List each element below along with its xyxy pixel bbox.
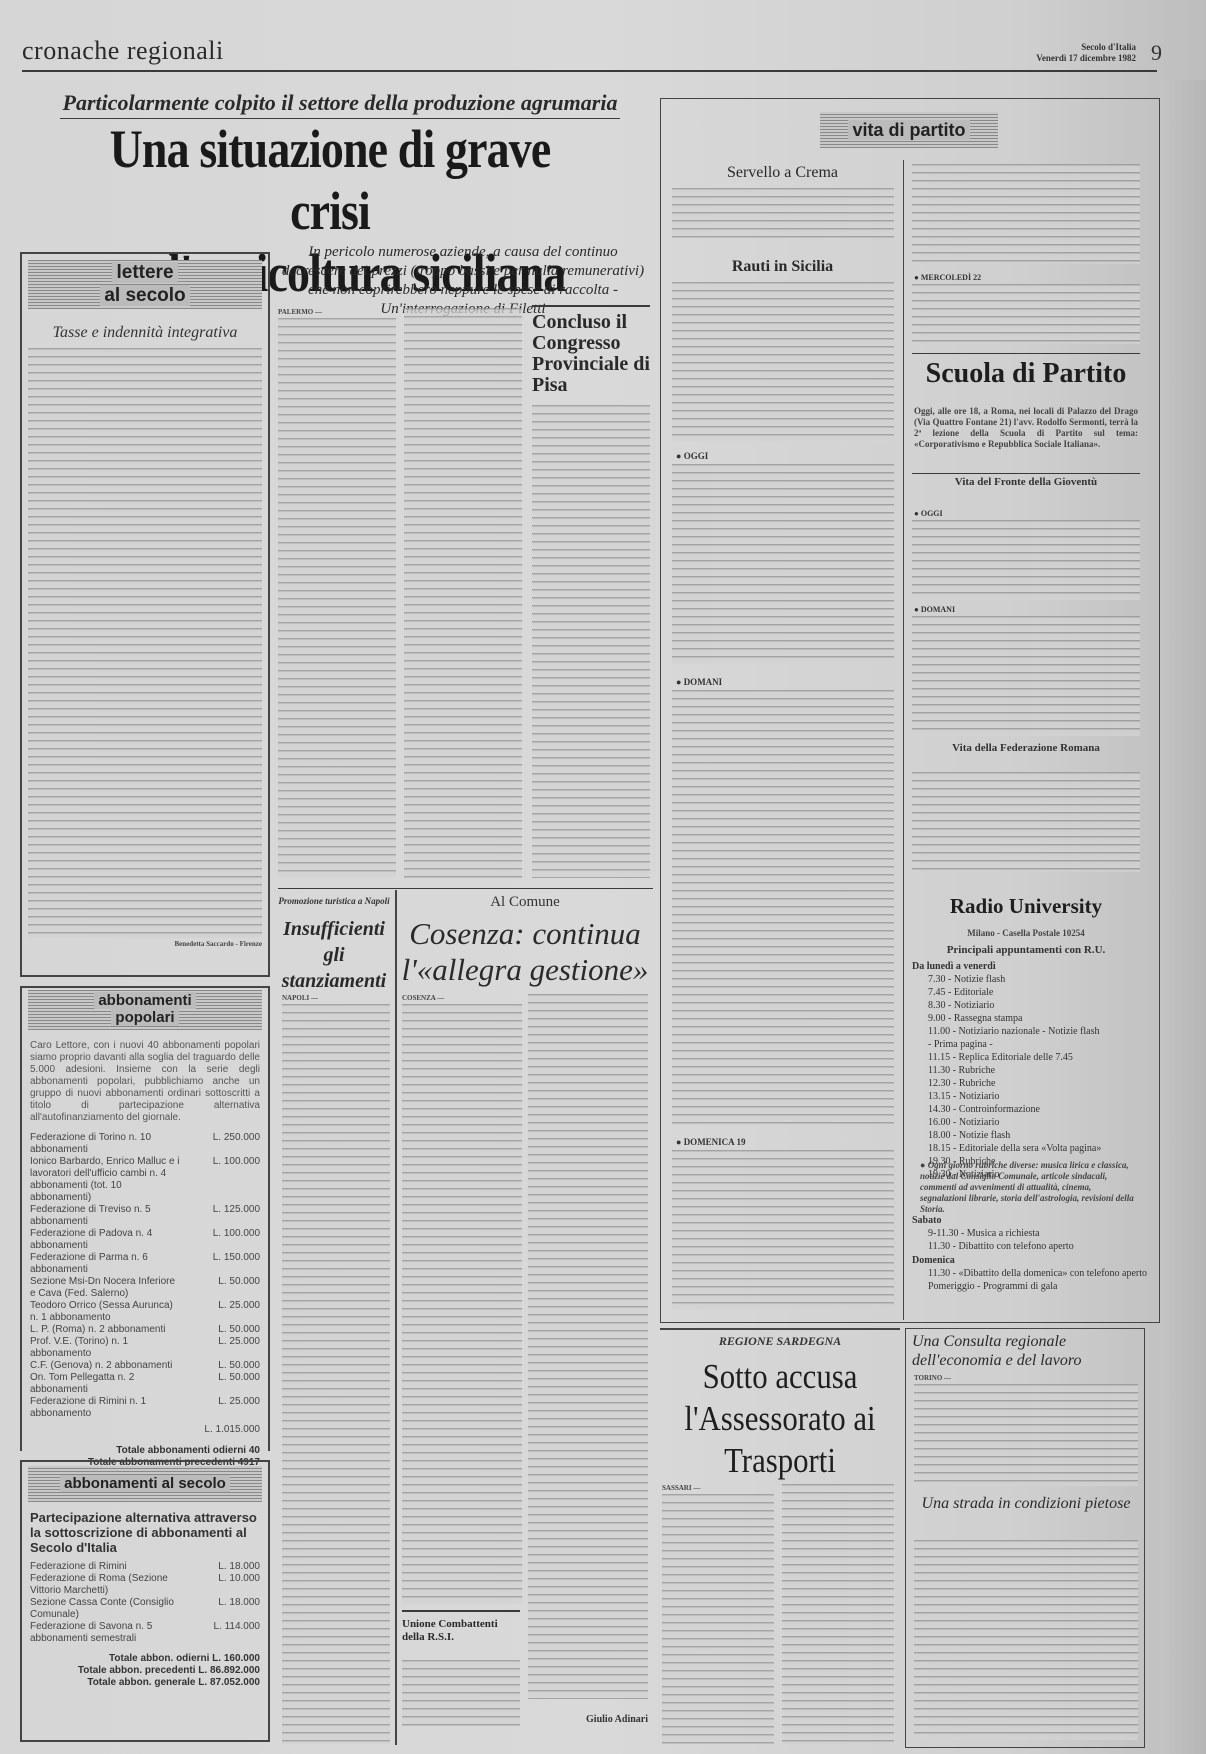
- rauti-headline: Rauti in Sicilia: [670, 258, 895, 276]
- servello-headline: Servello a Crema: [670, 164, 895, 182]
- popolari-row: Prof. V.E. (Torino) n. 1 abbonamentoL. 2…: [30, 1336, 260, 1360]
- cosenza-dateline: COSENZA —: [402, 994, 522, 1002]
- sardegna-column-2: [782, 1484, 894, 1744]
- vita-column-divider: [903, 160, 904, 1320]
- popolari-amount: L. 50.000: [190, 1360, 260, 1372]
- secolo-amount: L. 10.000: [190, 1573, 260, 1597]
- abbonamenti-popolari-box: abbonamenti popolari Caro Lettore, con i…: [20, 986, 270, 1451]
- radio-schedule-item: 11.30 - Rubriche: [928, 1064, 1138, 1077]
- letters-banner: lettere al secolo: [28, 260, 262, 309]
- popolari-total-row: Totale abbonamenti odierni 40: [30, 1445, 260, 1457]
- lead-column-1: [278, 318, 396, 878]
- popolari-list: Federazione di Torino n. 10 abbonamentiL…: [30, 1132, 260, 1420]
- fronte-rule: [912, 473, 1140, 474]
- day-domenica: ● DOMENICA 19: [676, 1136, 745, 1148]
- strada-body: [914, 1540, 1138, 1740]
- letters-banner-line1: lettere: [112, 262, 177, 283]
- secolo-total-row: Totale abbon. generale L. 87.052.000: [30, 1677, 260, 1689]
- right-top-body: [912, 164, 1140, 264]
- secolo-row: Federazione di Savona n. 5 abbonamenti s…: [30, 1621, 260, 1645]
- popolari-amount: L. 100.000: [190, 1156, 260, 1204]
- popolari-label: Federazione di Rimini n. 1 abbonamento: [30, 1396, 180, 1420]
- radio-schedule-item: 16.00 - Notiziario: [928, 1116, 1138, 1129]
- popolari-total: L. 1.015.000: [30, 1424, 260, 1435]
- secolo-banner-label: abbonamenti al secolo: [60, 1475, 230, 1492]
- sardegna-dateline: SASSARI —: [662, 1484, 774, 1492]
- popolari-amount: L. 25.000: [190, 1396, 260, 1420]
- secolo-label: Sezione Cassa Conte (Consiglio Comunale): [30, 1597, 180, 1621]
- lead-column-2: [404, 308, 522, 878]
- popolari-amount: L. 25.000: [190, 1300, 260, 1324]
- secolo-amount: L. 18.000: [190, 1597, 260, 1621]
- right-day-mercoledi: ● MERCOLEDÌ 22: [914, 272, 981, 284]
- popolari-row: Sezione Msi-Dn Nocera Inferiore e Cava (…: [30, 1276, 260, 1300]
- napoli-dateline: NAPOLI —: [282, 994, 390, 1002]
- napoli-kicker: Promozione turistica a Napoli: [278, 896, 390, 906]
- radio-schedule-item: 11.30 - «Dibattito della domenica» con t…: [928, 1267, 1138, 1280]
- column-divider: [395, 890, 397, 1745]
- secolo-row: Federazione di RiminiL. 18.000: [30, 1561, 260, 1573]
- cosenza-column-2: [528, 994, 648, 1699]
- sardegna-column-1: [662, 1494, 774, 1744]
- radio-schedule-item: 7.30 - Notizie flash: [928, 973, 1138, 986]
- domani-body: [672, 690, 894, 1125]
- popolari-label: Ionico Barbardo, Enrico Malluc e i lavor…: [30, 1156, 180, 1204]
- newspaper-page: cronache regionali Secolo d'Italia Vener…: [0, 0, 1206, 1754]
- servello-body: [672, 188, 894, 238]
- popolari-label: On. Tom Pellegatta n. 2 abbonamenti: [30, 1372, 180, 1396]
- popolari-label: Federazione di Treviso n. 5 abbonamenti: [30, 1204, 180, 1228]
- secolo-row: Federazione di Roma (Sezione Vittorio Ma…: [30, 1573, 260, 1597]
- cosenza-headline: Cosenza: continua l'«allegra gestione»: [400, 916, 650, 988]
- strada-headline: Una strada in condizioni pietose: [912, 1494, 1140, 1513]
- radio-schedule-item: 9-11.30 - Musica a richiesta: [928, 1227, 1138, 1240]
- federazione-body: [912, 772, 1140, 872]
- radio-schedule-item: 7.45 - Editoriale: [928, 986, 1138, 999]
- abbonamenti-secolo-box: abbonamenti al secolo Partecipazione alt…: [20, 1460, 270, 1742]
- secolo-label: Federazione di Roma (Sezione Vittorio Ma…: [30, 1573, 180, 1597]
- popolari-row: C.F. (Genova) n. 2 abbonamentiL. 50.000: [30, 1360, 260, 1372]
- consulta-dateline: TORINO —: [914, 1374, 1138, 1382]
- radio-schedule-item: 13.15 - Notiziario: [928, 1090, 1138, 1103]
- radio-headline: Radio University: [912, 894, 1140, 919]
- fronte-domani-body: [912, 616, 1140, 736]
- secolo-total-row: Totale abbon. precedenti L. 86.892.000: [30, 1665, 260, 1677]
- radio-schedule-item: 11.15 - Replica Editoriale delle 7.45: [928, 1051, 1138, 1064]
- right-mercoledi-body: [912, 284, 1140, 344]
- scuola-text: Oggi, alle ore 18, a Roma, nei locali di…: [914, 406, 1138, 450]
- secolo-amount: L. 18.000: [190, 1561, 260, 1573]
- fronte-oggi-body: [912, 520, 1140, 600]
- sardegna-rule: [660, 1328, 900, 1330]
- page-number: 9: [1151, 40, 1162, 66]
- vita-banner-label: vita di partito: [848, 120, 969, 140]
- popolari-label: Federazione di Padova n. 4 abbonamenti: [30, 1228, 180, 1252]
- page-gutter: [1160, 80, 1206, 1754]
- secolo-total-row: Totale abbon. odierni L. 160.000: [30, 1653, 260, 1665]
- letters-title: Tasse e indennità integrativa: [52, 323, 238, 342]
- letters-box: lettere al secolo Tasse e indennità inte…: [20, 252, 270, 977]
- consulta-body: [914, 1384, 1138, 1486]
- consulta-headline: Una Consulta regionale dell'economia e d…: [912, 1332, 1140, 1370]
- popolari-amount: L. 125.000: [190, 1204, 260, 1228]
- secolo-intro: Partecipazione alternativa attraverso la…: [30, 1510, 260, 1555]
- letters-body: [28, 348, 262, 938]
- popolari-intro: Caro Lettore, con i nuovi 40 abbonamenti…: [30, 1040, 260, 1124]
- oggi-body: [672, 464, 894, 664]
- popolari-row: Federazione di Torino n. 10 abbonamentiL…: [30, 1132, 260, 1156]
- letters-signature: Benedetta Saccardo - Firenze: [28, 940, 262, 948]
- sardegna-headline: Sotto accusa l'Assessorato ai Trasporti: [679, 1356, 881, 1482]
- unione-headline: Unione Combattenti della R.S.I.: [402, 1618, 520, 1644]
- radio-note: ● Ogni giorno rubriche diverse: musica l…: [920, 1160, 1138, 1215]
- napoli-body: [282, 1004, 390, 1744]
- popolari-label: Sezione Msi-Dn Nocera Inferiore e Cava (…: [30, 1276, 180, 1300]
- scuola-headline: Scuola di Partito: [912, 358, 1140, 390]
- popolari-label: Teodoro Orrico (Sessa Aurunca) n. 1 abbo…: [30, 1300, 180, 1324]
- popolari-row: Ionico Barbardo, Enrico Malluc e i lavor…: [30, 1156, 260, 1204]
- lead-headline-line1: Una situazione di grave crisi: [75, 118, 585, 242]
- vita-banner: vita di partito: [820, 112, 998, 148]
- popolari-banner-line2: popolari: [111, 1009, 178, 1026]
- secolo-list: Federazione di RiminiL. 18.000Federazion…: [30, 1561, 260, 1645]
- radio-weekday-label: Da lunedì a venerdì: [912, 960, 996, 973]
- masthead-info: Secolo d'Italia Venerdì 17 dicembre 1982: [1036, 42, 1136, 64]
- popolari-row: On. Tom Pellegatta n. 2 abbonamentiL. 50…: [30, 1372, 260, 1396]
- cosenza-column-1: [402, 1004, 522, 1604]
- radio-saturday-schedule: 9-11.30 - Musica a richiesta11.30 - Diba…: [928, 1227, 1138, 1253]
- radio-schedule-item: 12.30 - Rubriche: [928, 1077, 1138, 1090]
- radio-subtitle: Milano - Casella Postale 10254: [912, 928, 1140, 938]
- radio-schedule-item: 11.30 - Dibattito con telefono aperto: [928, 1240, 1138, 1253]
- popolari-amount: L. 100.000: [190, 1228, 260, 1252]
- letters-banner-line2: al secolo: [100, 285, 189, 306]
- pisa-headline: Concluso il Congresso Provinciale di Pis…: [532, 312, 650, 396]
- secolo-label: Federazione di Rimini: [30, 1561, 180, 1573]
- napoli-headline: Insufficienti gli stanziamenti: [278, 916, 390, 994]
- popolari-row: Federazione di Treviso n. 5 abbonamentiL…: [30, 1204, 260, 1228]
- radio-schedule-item: 8.30 - Notiziario: [928, 999, 1138, 1012]
- napoli-rule: [278, 888, 653, 889]
- popolari-amount: L. 50.000: [190, 1276, 260, 1300]
- unione-body: [402, 1660, 520, 1726]
- secolo-banner: abbonamenti al secolo: [28, 1466, 262, 1502]
- fronte-title: Vita del Fronte della Gioventù: [912, 476, 1140, 489]
- fronte-day-oggi: ● OGGI: [914, 508, 943, 520]
- popolari-banner-line1: abbonamenti: [94, 992, 195, 1009]
- radio-schedule-item: - Prima pagina -: [928, 1038, 1138, 1051]
- federazione-title: Vita della Federazione Romana: [912, 742, 1140, 755]
- domenica-body: [672, 1150, 894, 1310]
- popolari-row: L. P. (Roma) n. 2 abbonamentiL. 50.000: [30, 1324, 260, 1336]
- rauti-body: [672, 282, 894, 442]
- popolari-banner: abbonamenti popolari: [28, 990, 262, 1030]
- sardegna-kicker: REGIONE SARDEGNA: [660, 1334, 900, 1349]
- radio-sunday-schedule: 11.30 - «Dibattito della domenica» con t…: [928, 1267, 1138, 1293]
- lead-kicker: Particolarmente colpito il settore della…: [60, 90, 620, 116]
- unione-rule: [402, 1610, 520, 1612]
- fronte-day-domani: ● DOMANI: [914, 604, 955, 616]
- popolari-amount: L. 250.000: [190, 1132, 260, 1156]
- masthead-rule: [22, 70, 1157, 72]
- cosenza-signature: Giulio Adinari: [528, 1714, 648, 1725]
- cosenza-kicker: Al Comune: [400, 894, 650, 911]
- secolo-totals: Totale abbon. odierni L. 160.000Totale a…: [30, 1653, 260, 1689]
- radio-weekday-schedule: 7.30 - Notizie flash7.45 - Editoriale8.3…: [928, 973, 1138, 1181]
- secolo-row: Sezione Cassa Conte (Consiglio Comunale)…: [30, 1597, 260, 1621]
- popolari-row: Teodoro Orrico (Sessa Aurunca) n. 1 abbo…: [30, 1300, 260, 1324]
- radio-schedule-item: 9.00 - Rassegna stampa: [928, 1012, 1138, 1025]
- popolari-label: L. P. (Roma) n. 2 abbonamenti: [30, 1324, 180, 1336]
- radio-sunday-label: Domenica: [912, 1254, 955, 1267]
- radio-schedule-item: 11.00 - Notiziario nazionale - Notizie f…: [928, 1025, 1138, 1038]
- radio-schedule-item: 14.30 - Controinformazione: [928, 1103, 1138, 1116]
- section-name: cronache regionali: [22, 36, 224, 66]
- popolari-label: C.F. (Genova) n. 2 abbonamenti: [30, 1360, 180, 1372]
- popolari-amount: L. 50.000: [190, 1372, 260, 1396]
- day-domani: ● DOMANI: [676, 676, 722, 688]
- radio-intro: Principali appuntamenti con R.U.: [912, 944, 1140, 956]
- radio-saturday-label: Sabato: [912, 1214, 941, 1227]
- radio-schedule-item: 18.15 - Editoriale della sera «Volta pag…: [928, 1142, 1138, 1155]
- popolari-label: Federazione di Torino n. 10 abbonamenti: [30, 1132, 180, 1156]
- secolo-amount: L. 114.000: [190, 1621, 260, 1645]
- pisa-rule: [532, 305, 650, 307]
- radio-schedule-item: Pomeriggio - Programmi di gala: [928, 1280, 1138, 1293]
- radio-schedule-item: 18.00 - Notizie flash: [928, 1129, 1138, 1142]
- popolari-label: Prof. V.E. (Torino) n. 1 abbonamento: [30, 1336, 180, 1360]
- scuola-rule: [912, 353, 1140, 354]
- popolari-label: Federazione di Parma n. 6 abbonamenti: [30, 1252, 180, 1276]
- popolari-row: Federazione di Rimini n. 1 abbonamentoL.…: [30, 1396, 260, 1420]
- secolo-label: Federazione di Savona n. 5 abbonamenti s…: [30, 1621, 180, 1645]
- pisa-body: [532, 405, 650, 878]
- popolari-amount: L. 150.000: [190, 1252, 260, 1276]
- popolari-amount: L. 50.000: [190, 1324, 260, 1336]
- issue-date: Venerdì 17 dicembre 1982: [1036, 53, 1136, 64]
- popolari-amount: L. 25.000: [190, 1336, 260, 1360]
- paper-name: Secolo d'Italia: [1036, 42, 1136, 53]
- day-oggi: ● OGGI: [676, 450, 708, 462]
- popolari-row: Federazione di Parma n. 6 abbonamentiL. …: [30, 1252, 260, 1276]
- popolari-row: Federazione di Padova n. 4 abbonamentiL.…: [30, 1228, 260, 1252]
